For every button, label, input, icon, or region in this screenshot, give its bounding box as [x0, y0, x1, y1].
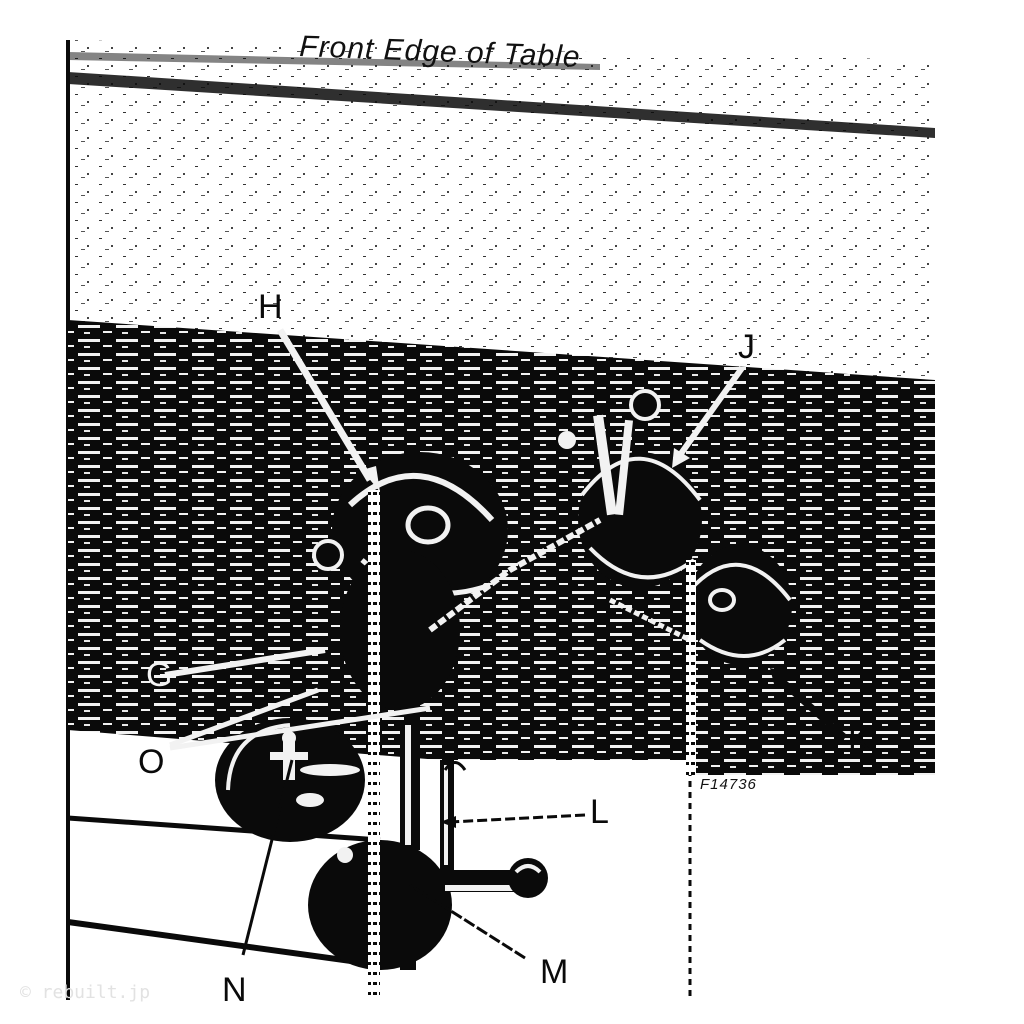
mechanism-illustration: [0, 0, 1024, 1024]
figure-number: F14736: [700, 776, 757, 793]
callout-o: O: [138, 745, 164, 779]
callout-m: M: [540, 955, 568, 989]
callout-l: L: [590, 795, 609, 829]
pulley-k: [688, 545, 792, 665]
callout-g: G: [146, 658, 172, 692]
callout-h: H: [258, 290, 283, 324]
pulley-m: [308, 840, 548, 970]
callout-n: N: [222, 973, 247, 1007]
callout-k: K: [848, 722, 871, 756]
watermark: © rebuilt.jp: [20, 982, 150, 1003]
diagram-figure: Front Edge of Table H J K G O L M N F147…: [0, 0, 1024, 1024]
callout-j: J: [738, 330, 755, 364]
